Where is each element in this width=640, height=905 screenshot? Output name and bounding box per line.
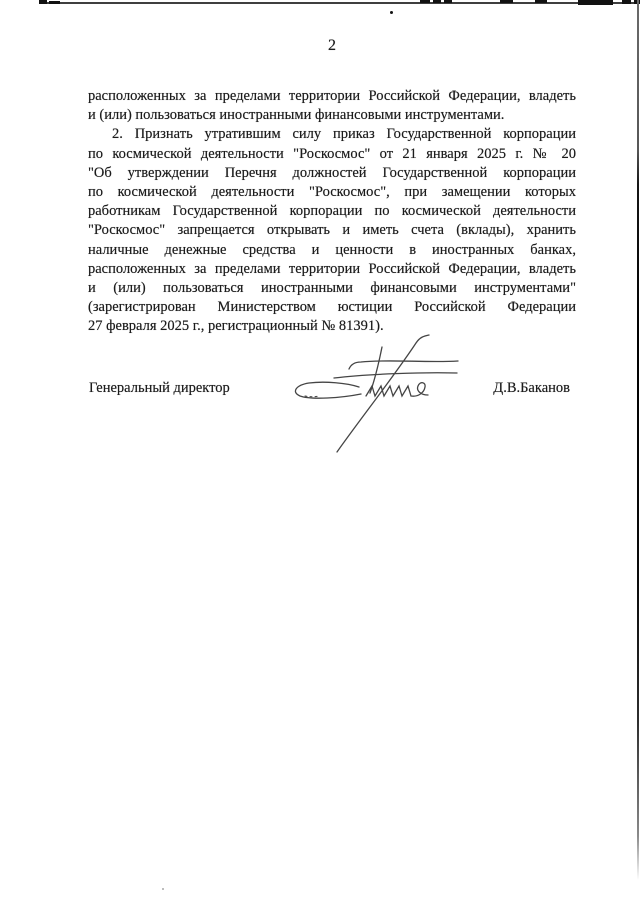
scan-artifact-top-line bbox=[40, 2, 640, 4]
body-text-line: "Об утверждении Перечня должностей Госуд… bbox=[88, 164, 576, 183]
signer-name: Д.В.Баканов bbox=[493, 380, 570, 397]
body-text-line: (зарегистрирован Министерством юстиции Р… bbox=[88, 298, 576, 317]
body-text-line: наличные денежные средства и ценности в … bbox=[88, 241, 576, 260]
scan-speck bbox=[162, 888, 164, 890]
page-number: 2 bbox=[88, 37, 576, 55]
scan-artifact-top-segment bbox=[578, 0, 613, 5]
scan-artifact-top-segment bbox=[500, 0, 513, 3]
scan-artifact-top-segment bbox=[39, 0, 47, 4]
signer-title: Генеральный директор bbox=[89, 380, 230, 397]
document-page: 2 расположенных за пределами территории … bbox=[0, 0, 640, 905]
scan-artifact-top-segment bbox=[433, 0, 441, 3]
ink-dot-artifact bbox=[390, 11, 393, 14]
body-text-line: расположенных за пределами территории Ро… bbox=[88, 87, 576, 106]
body-text-line: расположенных за пределами территории Ро… bbox=[88, 260, 576, 279]
scan-artifact-top-segment bbox=[49, 1, 60, 4]
scan-artifact-top-segment bbox=[444, 0, 452, 3]
body-text-line: по космической деятельности "Роскосмос",… bbox=[88, 183, 576, 202]
body-text-line: и (или) пользоваться иностранными финанс… bbox=[88, 106, 576, 125]
body-text-line: "Роскосмос" запрещается открывать и имет… bbox=[88, 221, 576, 240]
handwritten-signature-icon bbox=[283, 330, 473, 460]
body-text-line: 2. Признать утратившим силу приказ Госуд… bbox=[88, 125, 576, 144]
scan-artifact-top-segment bbox=[535, 0, 547, 3]
scan-artifact-right-edge bbox=[637, 0, 639, 880]
body-text-line: и (или) пользоваться иностранными финанс… bbox=[88, 279, 576, 298]
document-body: расположенных за пределами территории Ро… bbox=[88, 87, 576, 337]
scan-artifact-top-segment bbox=[622, 0, 631, 4]
body-text-line: по космической деятельности "Роскосмос" … bbox=[88, 145, 576, 164]
scan-artifact-top-segment bbox=[420, 0, 430, 3]
body-text-line: работникам Государственной корпорации по… bbox=[88, 202, 576, 221]
